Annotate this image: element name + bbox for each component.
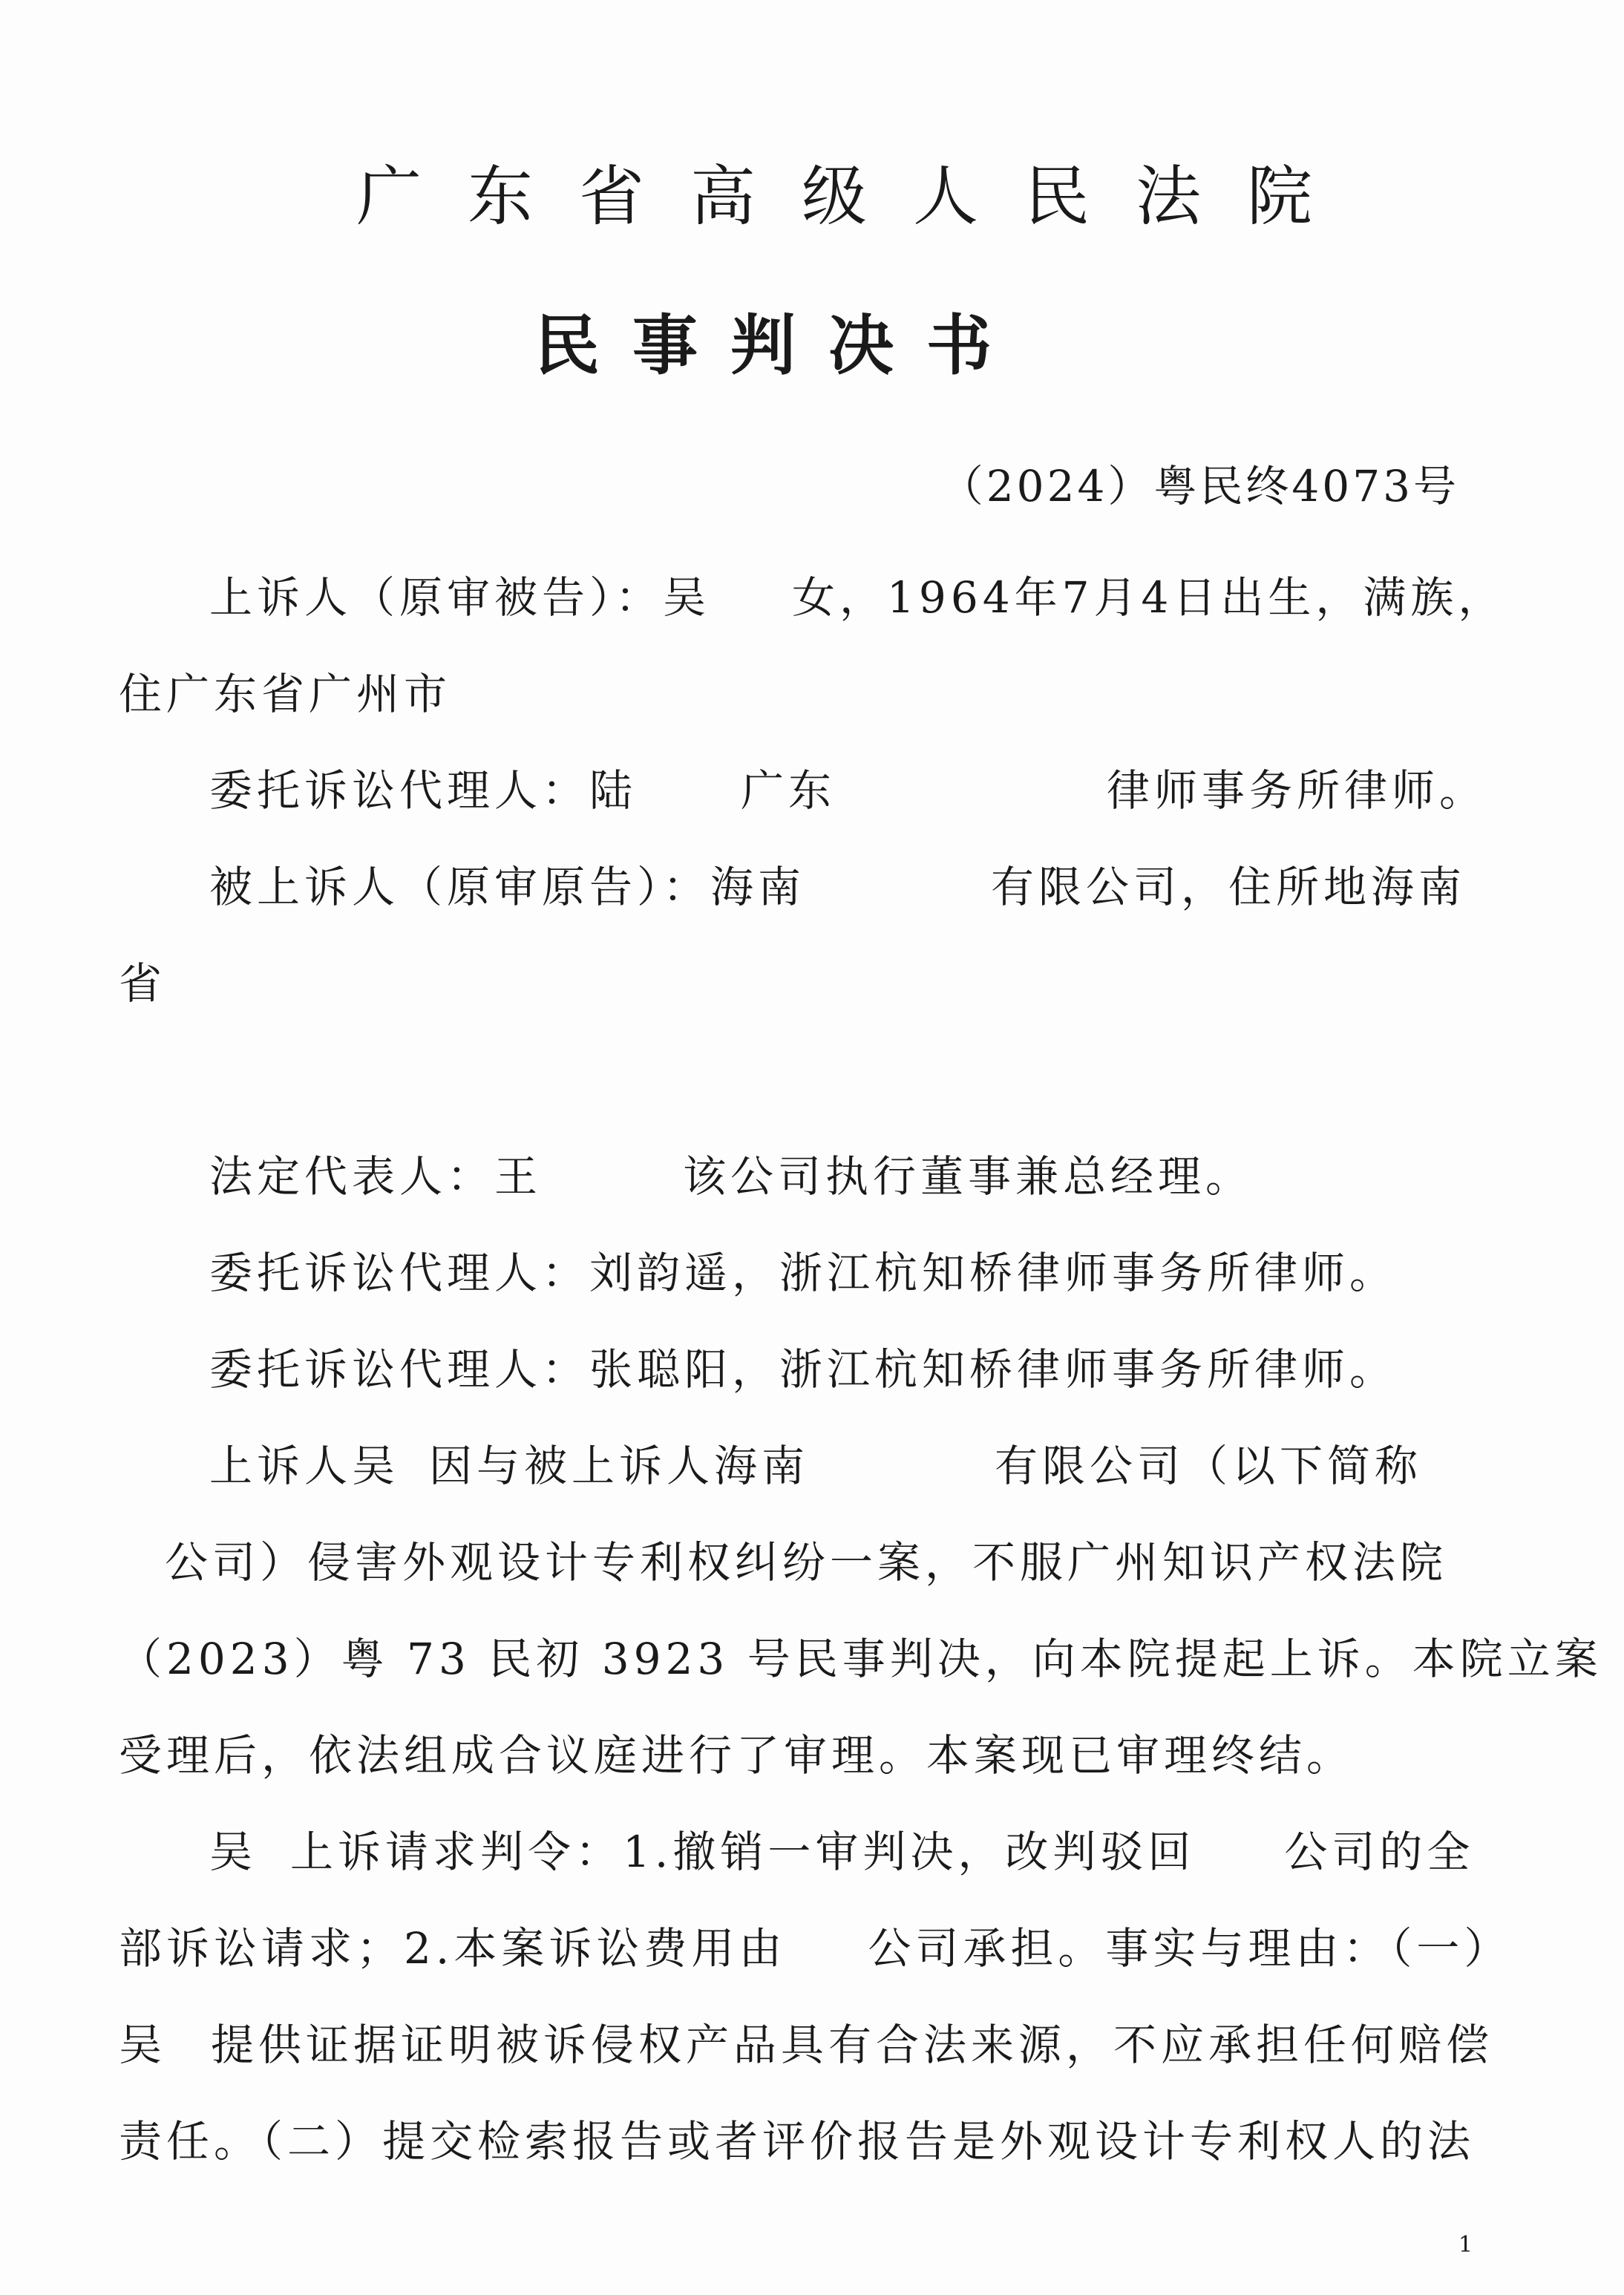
appellant-agent-line: 委托诉讼代理人：陆广东律师事务所律师。 xyxy=(209,761,1456,820)
judgment-page: 广东省高级人民法院 民事判决书 （2024）粤民终4073号 上诉人（原审被告）… xyxy=(0,0,1624,2295)
body-text: 吴 xyxy=(209,1827,257,1877)
appellant-agent-firm-prefix: 广东 xyxy=(741,765,836,816)
appellee-details: 有限公司，住所地海南 xyxy=(991,862,1466,912)
legal-representative-line: 法定代表人：王该公司执行董事兼总经理。 xyxy=(209,1147,1456,1206)
court-name-heading: 广东省高级人民法院 xyxy=(356,152,1202,241)
body-paragraph-line: 吴上诉请求判令：1.撤销一审判决，改判驳回公司的全 xyxy=(209,1822,1456,1882)
body-paragraph-line: （2023）粤 73 民初 3923 号民事判决，向本院提起上诉。本院立案 xyxy=(119,1629,1455,1689)
legal-representative-label: 法定代表人：王 xyxy=(209,1151,542,1202)
body-text: 上诉请求判令：1.撤销一审判决，改判驳回 xyxy=(290,1827,1195,1877)
body-text: 公司承担。事实与理由：（一） xyxy=(868,1923,1511,1974)
legal-representative-title: 该公司执行董事兼总经理。 xyxy=(683,1151,1253,1202)
appellant-line: 上诉人（原审被告）：吴女，1964年7月4日出生，满族， xyxy=(209,568,1456,627)
appellee-agent-line: 委托诉讼代理人：刘韵遥，浙江杭知桥律师事务所律师。 xyxy=(209,1243,1456,1303)
body-text: 有限公司（以下简称 xyxy=(995,1441,1422,1491)
body-paragraph-line: 吴提供证据证明被诉侵权产品具有合法来源，不应承担任何赔偿 xyxy=(119,2015,1455,2075)
appellant-label: 上诉人（原审被告）：吴 xyxy=(209,572,710,623)
appellee-label: 被上诉人（原审原告）：海南 xyxy=(209,862,805,912)
appellee-agent-line: 委托诉讼代理人：张聪阳，浙江杭知桥律师事务所律师。 xyxy=(209,1340,1456,1399)
document-type-heading: 民事判决书 xyxy=(534,301,1024,390)
body-text: 上诉人吴 xyxy=(209,1441,399,1491)
body-text: 公司的全 xyxy=(1284,1827,1474,1877)
page-number: 1 xyxy=(1458,2230,1473,2260)
body-text: 吴 xyxy=(119,2020,166,2070)
body-text: 部诉讼请求；2.本案诉讼费用由 xyxy=(119,1923,786,1974)
appellant-address: 住广东省广州市 xyxy=(119,664,1455,724)
appellant-agent-label: 委托诉讼代理人：陆 xyxy=(209,765,637,816)
body-paragraph-line: 部诉讼请求；2.本案诉讼费用由公司承担。事实与理由：（一） xyxy=(119,1919,1455,1978)
appellant-details: 女，1964年7月4日出生，满族， xyxy=(792,572,1505,623)
body-paragraph-line: 上诉人吴因与被上诉人海南有限公司（以下简称 xyxy=(209,1436,1456,1496)
appellee-line: 被上诉人（原审原告）：海南有限公司，住所地海南 xyxy=(209,857,1456,917)
body-paragraph-line: 公司）侵害外观设计专利权纠纷一案，不服广州知识产权法院 xyxy=(165,1533,1501,1592)
body-text: 因与被上诉人海南 xyxy=(429,1441,809,1491)
appellant-agent-firm-suffix: 律师事务所律师。 xyxy=(1107,765,1487,816)
case-number: （2024）粤民终4073号 xyxy=(940,456,1459,516)
body-paragraph-line: 责任。（二）提交检索报告或者评价报告是外观设计专利权人的法 xyxy=(119,2112,1455,2171)
body-text: 提供证据证明被诉侵权产品具有合法来源，不应承担任何赔偿 xyxy=(211,2020,1493,2070)
body-paragraph-line: 受理后，依法组成合议庭进行了审理。本案现已审理终结。 xyxy=(119,1726,1455,1785)
appellee-address: 省 xyxy=(119,954,1455,1013)
